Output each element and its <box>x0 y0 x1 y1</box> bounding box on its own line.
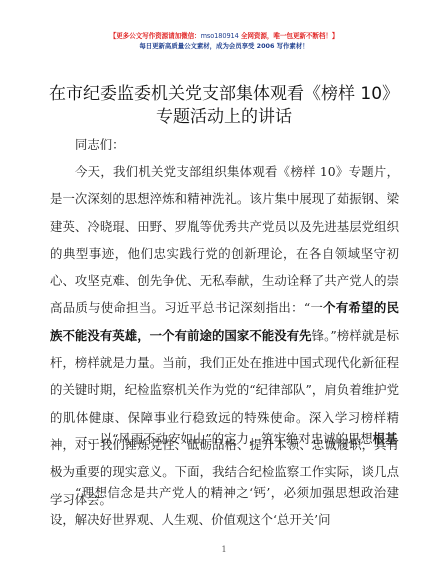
title-line-2: 专题活动上的讲话 <box>0 106 448 129</box>
promo-wechat-id: mso180914 <box>201 32 239 40</box>
section-heading-1-tail: 根基 <box>373 431 398 446</box>
salutation: 同志们： <box>50 131 399 158</box>
section-heading-1: 一、以“风雨不动安如山”的定力，筑牢绝对忠诚的思想根基 <box>50 425 399 452</box>
intro-text-before-quote: 今天，我们机关党支部组织集体观看《榜样 10》专题片，是一次深刻的思想淬炼和精神… <box>50 164 399 315</box>
page-number: 1 <box>0 545 448 554</box>
promo-banner-line2: 每日更新高质量公文素材，成为会员享受 2006 写作素材！ <box>0 41 448 50</box>
section-heading-1-text: 一、以“风雨不动安如山”的定力，筑牢绝对忠诚的思想 <box>75 431 373 446</box>
document-page: 【更多公文写作资源请加微信：mso180914 全网资源，唯一包更新不断档！】 … <box>0 0 448 580</box>
promo-prefix: 【更多公文写作资源请加微信： <box>110 32 201 40</box>
promo-banner-line1: 【更多公文写作资源请加微信：mso180914 全网资源，唯一包更新不断档！】 <box>0 30 448 40</box>
document-title: 在市纪委监委机关党支部集体观看《榜样 10》 专题活动上的讲话 <box>0 83 448 129</box>
paragraph-intro: 今天，我们机关党支部组织集体观看《榜样 10》专题片，是一次深刻的思想淬炼和精神… <box>50 158 399 513</box>
promo-suffix: 全网资源，唯一包更新不断档！】 <box>239 32 339 40</box>
title-line-1: 在市纪委监委机关党支部集体观看《榜样 10》 <box>0 83 448 106</box>
paragraph-section-1: “理想信念是共产党人的精神之‘钙’，必须加强思想政治建设，解决好世界观、人生观、… <box>50 479 399 534</box>
